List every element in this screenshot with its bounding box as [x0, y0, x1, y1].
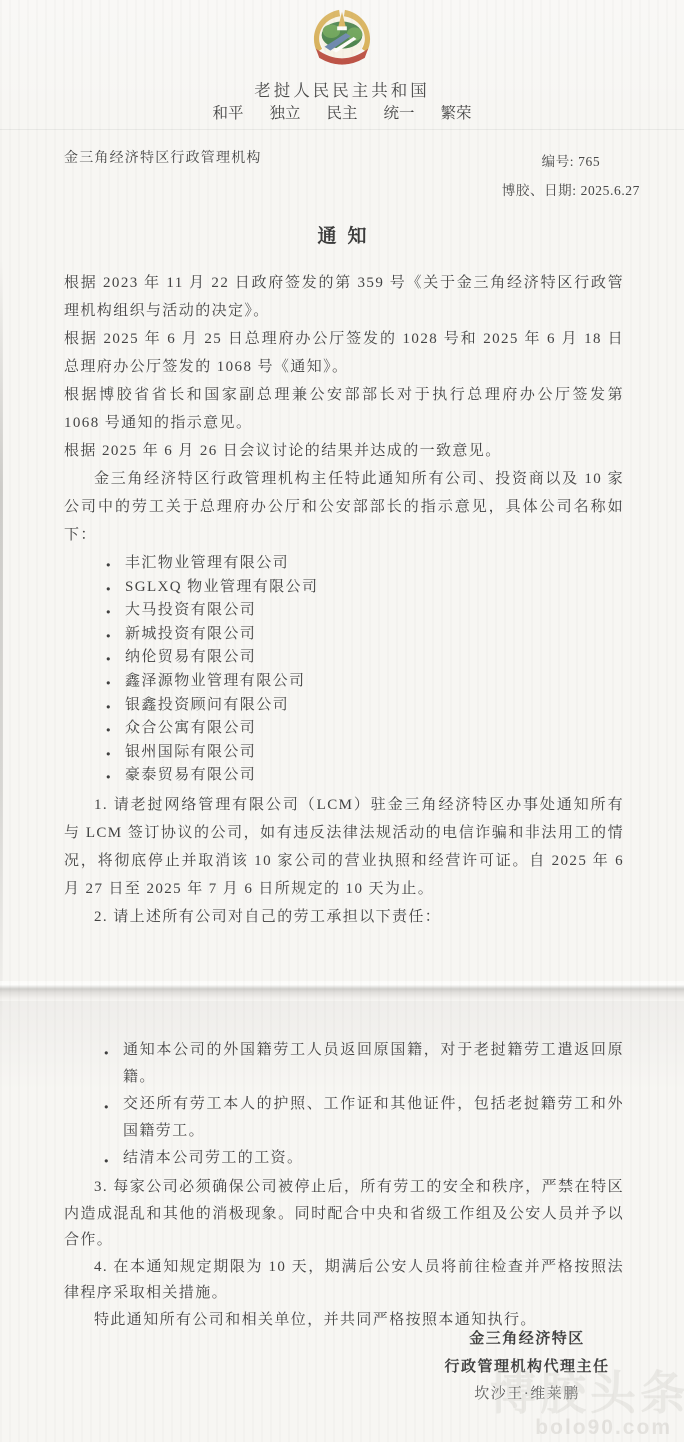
document-number: 编号: 765 [502, 147, 640, 176]
duty-item: 交还所有劳工本人的护照、工作证和其他证件，包括老挝籍劳工和外国籍劳工。 [104, 1091, 624, 1145]
country-name: 老挝人民民主共和国 [0, 81, 684, 101]
company-item: SGLXQ 物业管理有限公司 [106, 576, 624, 600]
company-item: 银鑫投资顾问有限公司 [106, 694, 624, 718]
company-item: 新城投资有限公司 [106, 623, 624, 647]
scanned-notice-document: 老挝人民民主共和国 和平 独立 民主 统一 繁荣 金三角经济特区行政管理机构 编… [0, 0, 684, 1442]
motto-democracy: 民主 [326, 104, 357, 124]
directive-item-2: 2. 请上述所有公司对自己的劳工承担以下责任： [64, 903, 624, 931]
company-item: 豪泰贸易有限公司 [106, 764, 624, 788]
preamble-paragraph: 根据 2023 年 11 月 22 日政府签发的第 359 号《关于金三角经济特… [64, 269, 624, 325]
document-header-row: 金三角经济特区行政管理机构 编号: 765 博胶、日期: 2025.6.27 [0, 147, 684, 205]
company-item: 纳伦贸易有限公司 [106, 646, 624, 670]
laos-national-emblem-icon [303, 8, 381, 68]
motto-independence: 独立 [269, 104, 300, 124]
preamble-paragraph: 根据博胶省省长和国家副总理兼公安部部长对于执行总理府办公厅签发第 1068 号通… [64, 381, 624, 437]
issuing-agency: 金三角经济特区行政管理机构 [64, 147, 262, 169]
motto-unity: 统一 [384, 104, 415, 124]
header-divider-line [0, 129, 684, 130]
emblem-container [0, 0, 684, 68]
duty-item: 通知本公司的外国籍劳工人员返回原国籍，对于老挝籍劳工遣返回原籍。 [104, 1037, 624, 1091]
motto-peace: 和平 [212, 104, 243, 124]
company-item: 众合公寓有限公司 [106, 717, 624, 741]
signature-block: 金三角经济特区 行政管理机构代理主任 坎沙王·维莱鹏 [402, 1326, 652, 1409]
motto-prosperity: 繁荣 [441, 104, 472, 124]
directive-item-4: 4. 在本通知规定期限为 10 天，期满后公安人员将前往检查并严格按照法律程序采… [64, 1254, 624, 1307]
place-and-date: 博胶、日期: 2025.6.27 [502, 176, 640, 205]
national-mottos: 和平 独立 民主 统一 繁荣 [0, 104, 684, 124]
company-item: 鑫泽源物业管理有限公司 [106, 670, 624, 694]
company-list: 丰汇物业管理有限公司 SGLXQ 物业管理有限公司 大马投资有限公司 新城投资有… [106, 552, 624, 788]
page1-body: 根据 2023 年 11 月 22 日政府签发的第 359 号《关于金三角经济特… [0, 269, 684, 931]
page-break-divider [0, 981, 684, 1001]
directive-item-1: 1. 请老挝网络管理有限公司（LCM）驻金三角经济特区办事处通知所有与 LCM … [64, 791, 624, 903]
signature-org-line2: 行政管理机构代理主任 [402, 1354, 652, 1382]
company-item: 银州国际有限公司 [106, 741, 624, 765]
duty-item: 结清本公司劳工的工资。 [104, 1145, 624, 1172]
company-item: 大马投资有限公司 [106, 599, 624, 623]
announcement-paragraph: 金三角经济特区行政管理机构主任特此通知所有公司、投资商以及 10 家公司中的劳工… [64, 465, 624, 549]
document-title: 通知 [0, 221, 684, 248]
preamble-paragraph: 根据 2025 年 6 月 26 日会议讨论的结果并达成的一致意见。 [64, 437, 624, 465]
company-item: 丰汇物业管理有限公司 [106, 552, 624, 576]
signatory-name: 坎沙王·维莱鹏 [402, 1381, 652, 1409]
directive-item-3: 3. 每家公司必须确保公司被停止后，所有劳工的安全和秩序，严禁在特区内造成混乱和… [64, 1174, 624, 1254]
reference-block: 编号: 765 博胶、日期: 2025.6.27 [502, 147, 640, 205]
duty-list: 通知本公司的外国籍劳工人员返回原国籍，对于老挝籍劳工遣返回原籍。 交还所有劳工本… [104, 1037, 624, 1172]
preamble-paragraph: 根据 2025 年 6 月 25 日总理府办公厅签发的 1028 号和 2025… [64, 325, 624, 381]
signature-org-line1: 金三角经济特区 [402, 1326, 652, 1354]
